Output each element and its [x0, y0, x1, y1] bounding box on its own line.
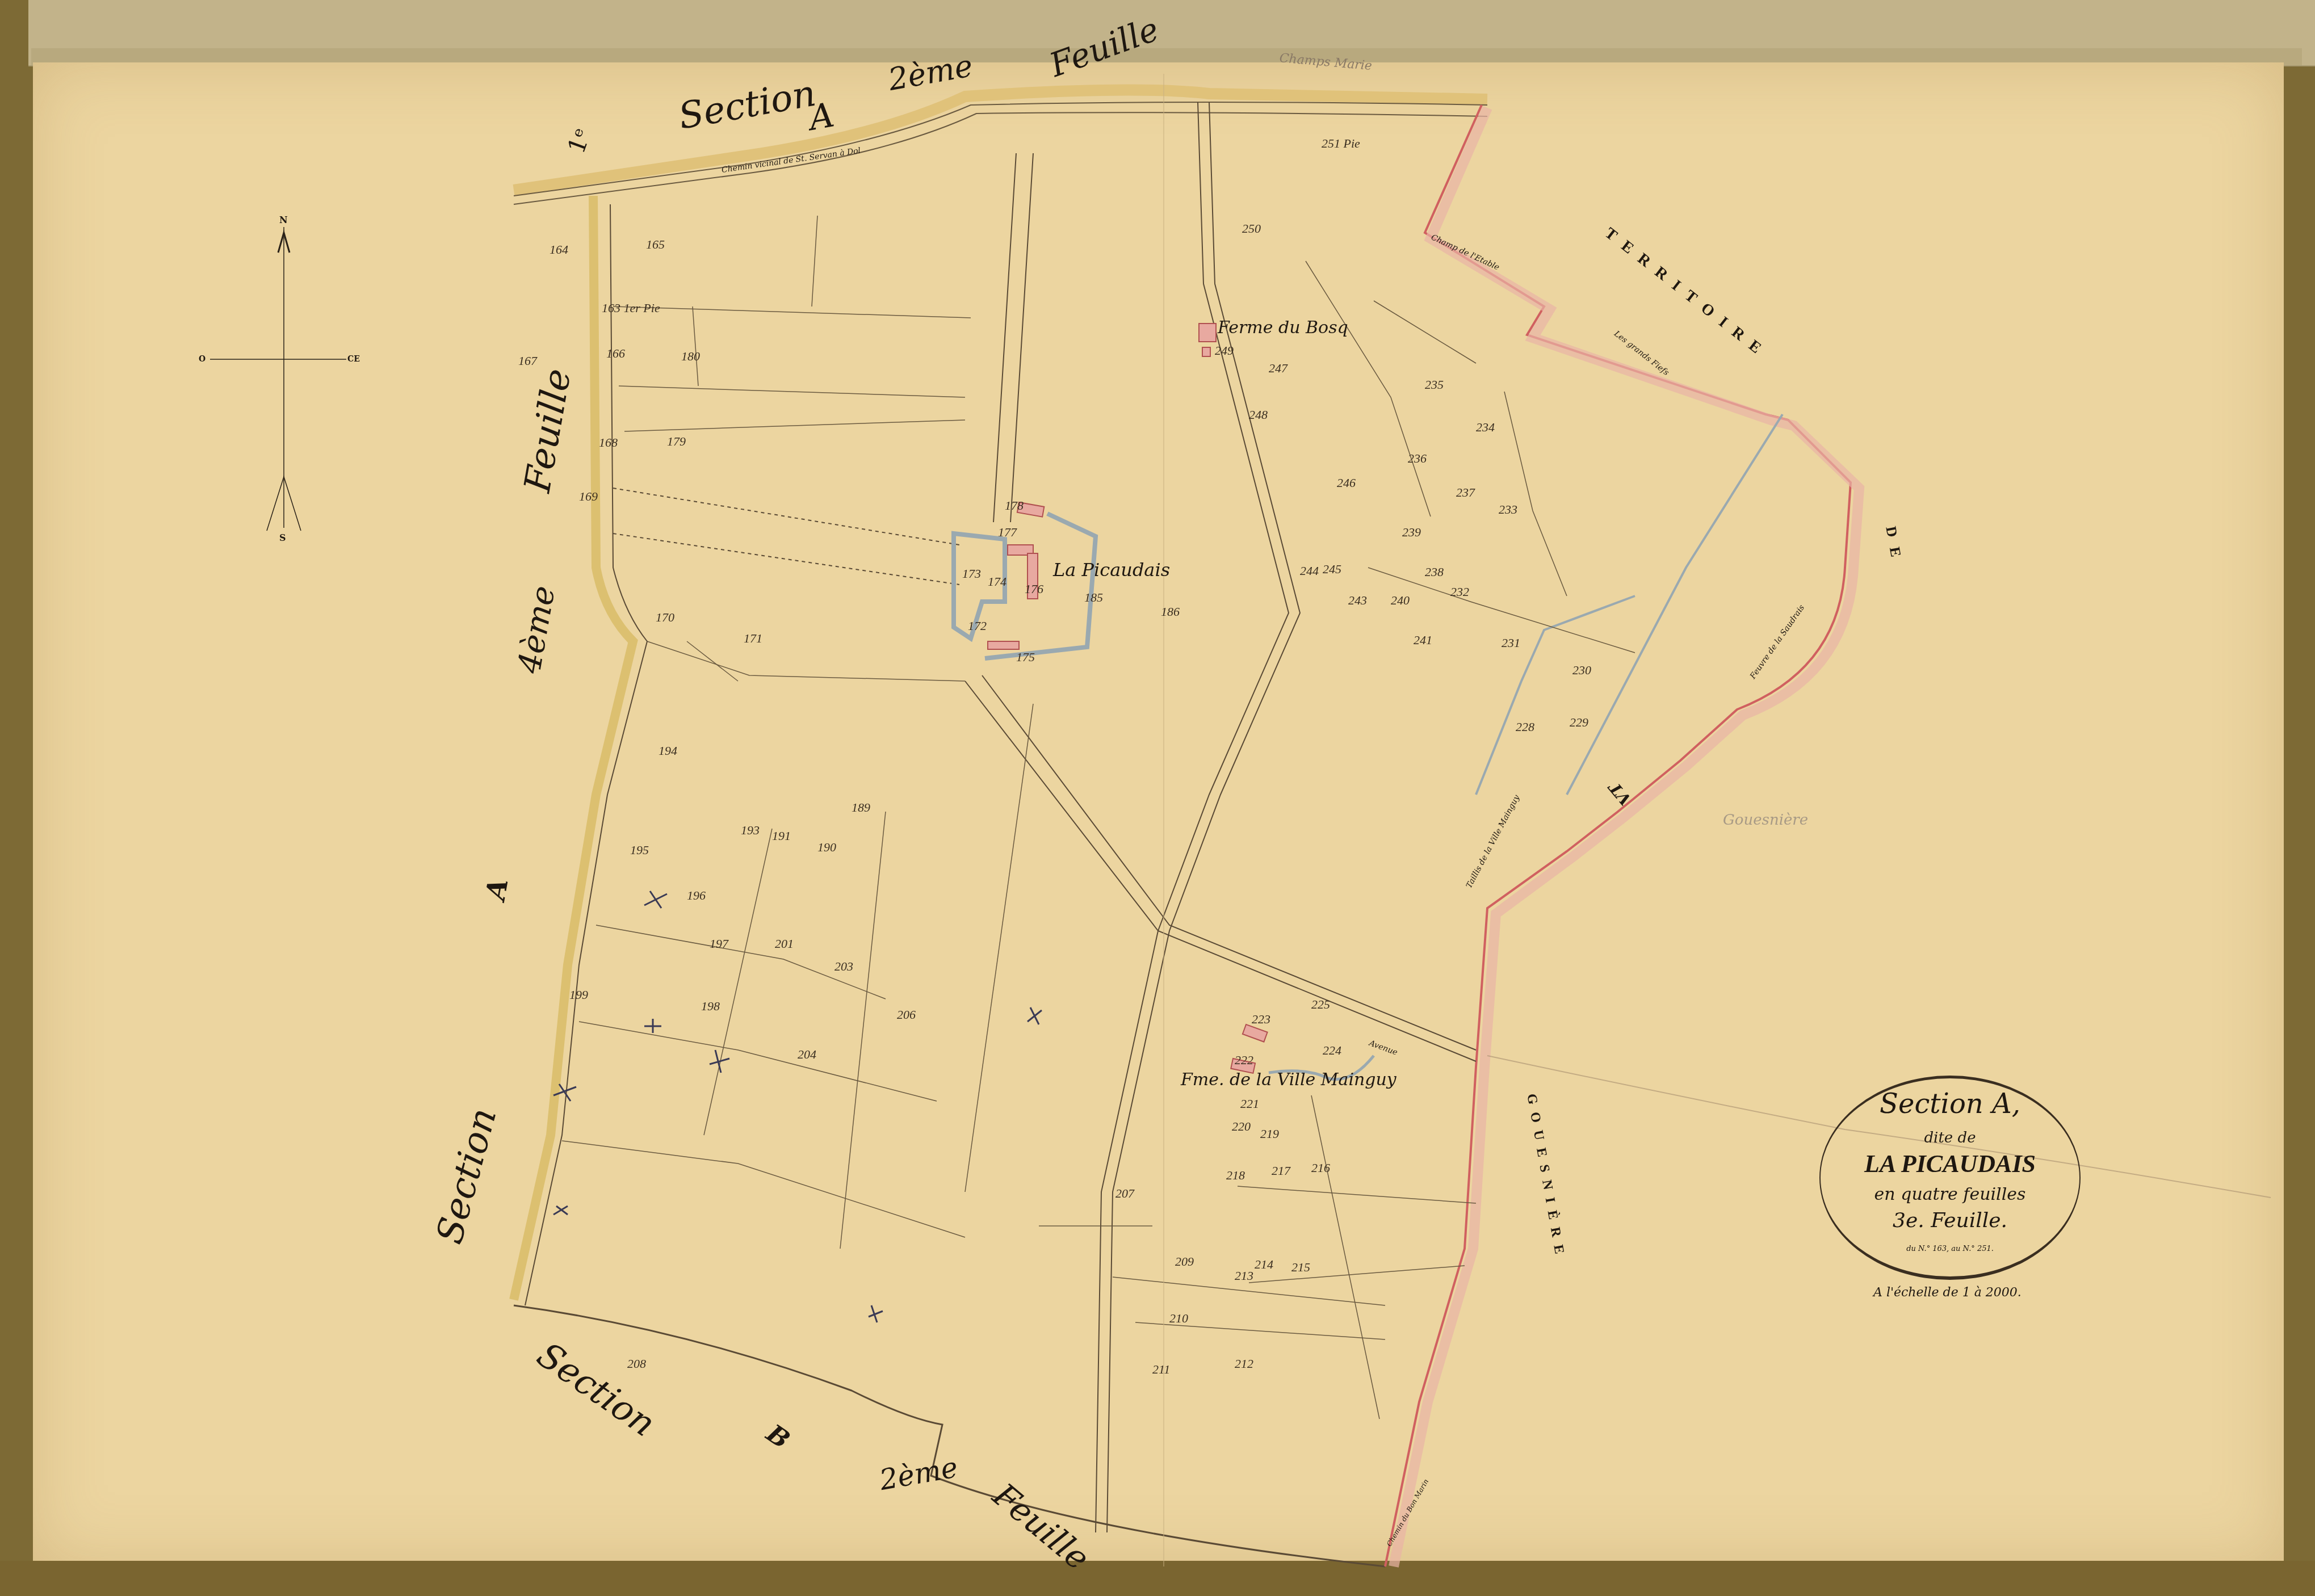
parcel-number: 170	[656, 610, 674, 625]
cartouche-quatre-feuilles: en quatre feuilles	[1819, 1185, 2081, 1204]
parcel-number: 164	[550, 242, 568, 257]
parcel-number: 248	[1249, 408, 1268, 422]
parcel-number: 206	[897, 1007, 916, 1022]
compass-east-label: CE	[347, 355, 360, 364]
cartouche-la-picaudais: LA PICAUDAIS	[1819, 1149, 2081, 1178]
parcel-number: 168	[599, 435, 618, 450]
scale-label: A l'échelle de 1 à 2000.	[1873, 1286, 2022, 1300]
avenue-diagonal	[965, 675, 1476, 1061]
parcel-number: 245	[1323, 562, 1341, 577]
parcel-number: 166	[606, 346, 625, 361]
parcel-number: 213	[1235, 1269, 1253, 1283]
parcel-number: 214	[1255, 1257, 1273, 1272]
compass-south-label: S	[279, 532, 286, 543]
parcel-number: 217	[1272, 1164, 1290, 1178]
parcel-number: 189	[852, 800, 870, 815]
cartouche-section: Section A,	[1819, 1088, 2081, 1120]
parcel-number: 233	[1499, 502, 1517, 517]
parcel-number: 235	[1425, 377, 1444, 392]
parcel-number: 207	[1115, 1186, 1134, 1201]
building-bosq-1	[1199, 324, 1216, 342]
parcel-number: 195	[630, 843, 649, 858]
central-road	[1096, 102, 1300, 1532]
place-ville-mainguy: Fme. de la Ville Mainguy	[1181, 1070, 1396, 1090]
lane-north-picaudais	[993, 153, 1033, 522]
parcel-number: 222	[1235, 1053, 1253, 1068]
stream-east	[1476, 414, 1783, 795]
parcel-number: 223	[1252, 1012, 1270, 1027]
parcel-number: 185	[1084, 590, 1103, 605]
parcel-number: 203	[834, 959, 853, 974]
building-bosq-2	[1202, 347, 1210, 356]
parcel-number: 196	[687, 888, 706, 903]
parcel-number: 179	[667, 434, 686, 449]
parcel-number: 169	[579, 489, 598, 504]
cadastral-map	[0, 0, 2315, 1596]
parcel-number: 234	[1476, 420, 1495, 435]
parcel-number: 199	[569, 988, 588, 1002]
parcel-number: 167	[518, 354, 537, 368]
compass-north-label: N	[279, 215, 288, 225]
parcel-number: 163 1er Pie	[602, 301, 660, 316]
parcel-number: 225	[1311, 997, 1330, 1012]
parcel-number: 231	[1502, 636, 1520, 650]
drive-east-west	[613, 488, 959, 585]
parcel-number: 239	[1402, 525, 1421, 540]
parcel-number: 221	[1240, 1097, 1259, 1111]
parcel-number: 236	[1408, 451, 1427, 466]
parcel-number: 172	[968, 619, 987, 633]
parcel-number: 174	[988, 574, 1006, 589]
commune-boundary-east-wash	[1394, 108, 1859, 1566]
building-picaudais-4	[988, 641, 1019, 649]
parcel-number: 204	[798, 1047, 816, 1062]
parcel-number: 243	[1348, 593, 1367, 608]
parcel-number: 224	[1323, 1043, 1341, 1058]
parcel-number: 186	[1161, 604, 1180, 619]
parcel-number: 198	[701, 999, 720, 1014]
parcel-number: 220	[1232, 1119, 1251, 1134]
parcel-number: 250	[1242, 221, 1261, 236]
parcel-number: 173	[962, 566, 981, 581]
cartouche-parcel-range: du N.° 163, au N.° 251.	[1819, 1245, 2081, 1253]
parcel-number: 240	[1391, 593, 1410, 608]
parcel-number: 219	[1260, 1127, 1279, 1141]
parcel-number: 193	[741, 823, 760, 838]
title-cartouche: Section A, dite de LA PICAUDAIS en quatr…	[1819, 1076, 2081, 1280]
parcel-number: 241	[1414, 633, 1432, 648]
parcel-number: 211	[1152, 1362, 1170, 1377]
parcel-number: 246	[1337, 476, 1356, 490]
compass-rose	[210, 227, 346, 531]
cartouche-feuille: 3e. Feuille.	[1819, 1209, 2081, 1232]
parcel-number: 210	[1169, 1311, 1188, 1326]
chemin-vicinal-road	[514, 102, 1487, 204]
parcel-number: 171	[744, 631, 762, 646]
parcel-number: 175	[1016, 650, 1035, 665]
pencil-cross-marks	[553, 891, 1042, 1322]
parcel-number: 209	[1175, 1254, 1194, 1269]
parcel-number: 237	[1456, 485, 1475, 500]
parcel-number: 176	[1025, 582, 1043, 597]
parcel-number: 191	[772, 829, 791, 843]
parcel-number: 247	[1269, 361, 1287, 376]
place-ferme-du-bosq: Ferme du Bosq	[1218, 318, 1348, 338]
parcel-number: 228	[1516, 720, 1534, 734]
parcel-number: 190	[817, 840, 836, 855]
parcel-number: 177	[998, 525, 1017, 540]
commune-boundary-east	[1385, 105, 1851, 1566]
parcel-number: 218	[1226, 1168, 1245, 1183]
parcel-number: 238	[1425, 565, 1444, 579]
parcel-number: 232	[1450, 585, 1469, 599]
parcel-number: 180	[681, 349, 700, 364]
parcel-number: 249	[1215, 343, 1234, 358]
parcel-number: 244	[1300, 564, 1319, 578]
parcel-number: 229	[1570, 715, 1588, 730]
parcel-number: 197	[710, 936, 728, 951]
parcel-number: 212	[1235, 1356, 1253, 1371]
parcel-number: 216	[1311, 1161, 1330, 1175]
parcel-number: 201	[775, 936, 794, 951]
parcel-number: 178	[1005, 498, 1024, 513]
parcel-number: 165	[646, 237, 665, 252]
parcel-number: 215	[1291, 1260, 1310, 1275]
cartouche-dite-de: dite de	[1819, 1129, 2081, 1146]
pencil-note-east: Gouesnière	[1723, 812, 1808, 829]
parcel-number: 230	[1572, 663, 1591, 678]
parcel-number: 208	[627, 1356, 646, 1371]
building-mainguy-1	[1243, 1024, 1268, 1042]
compass-west-label: O	[199, 355, 206, 364]
parcel-number: 251 Pie	[1322, 136, 1360, 151]
parcel-number: 194	[659, 744, 677, 758]
place-la-picaudais: La Picaudais	[1053, 559, 1170, 581]
